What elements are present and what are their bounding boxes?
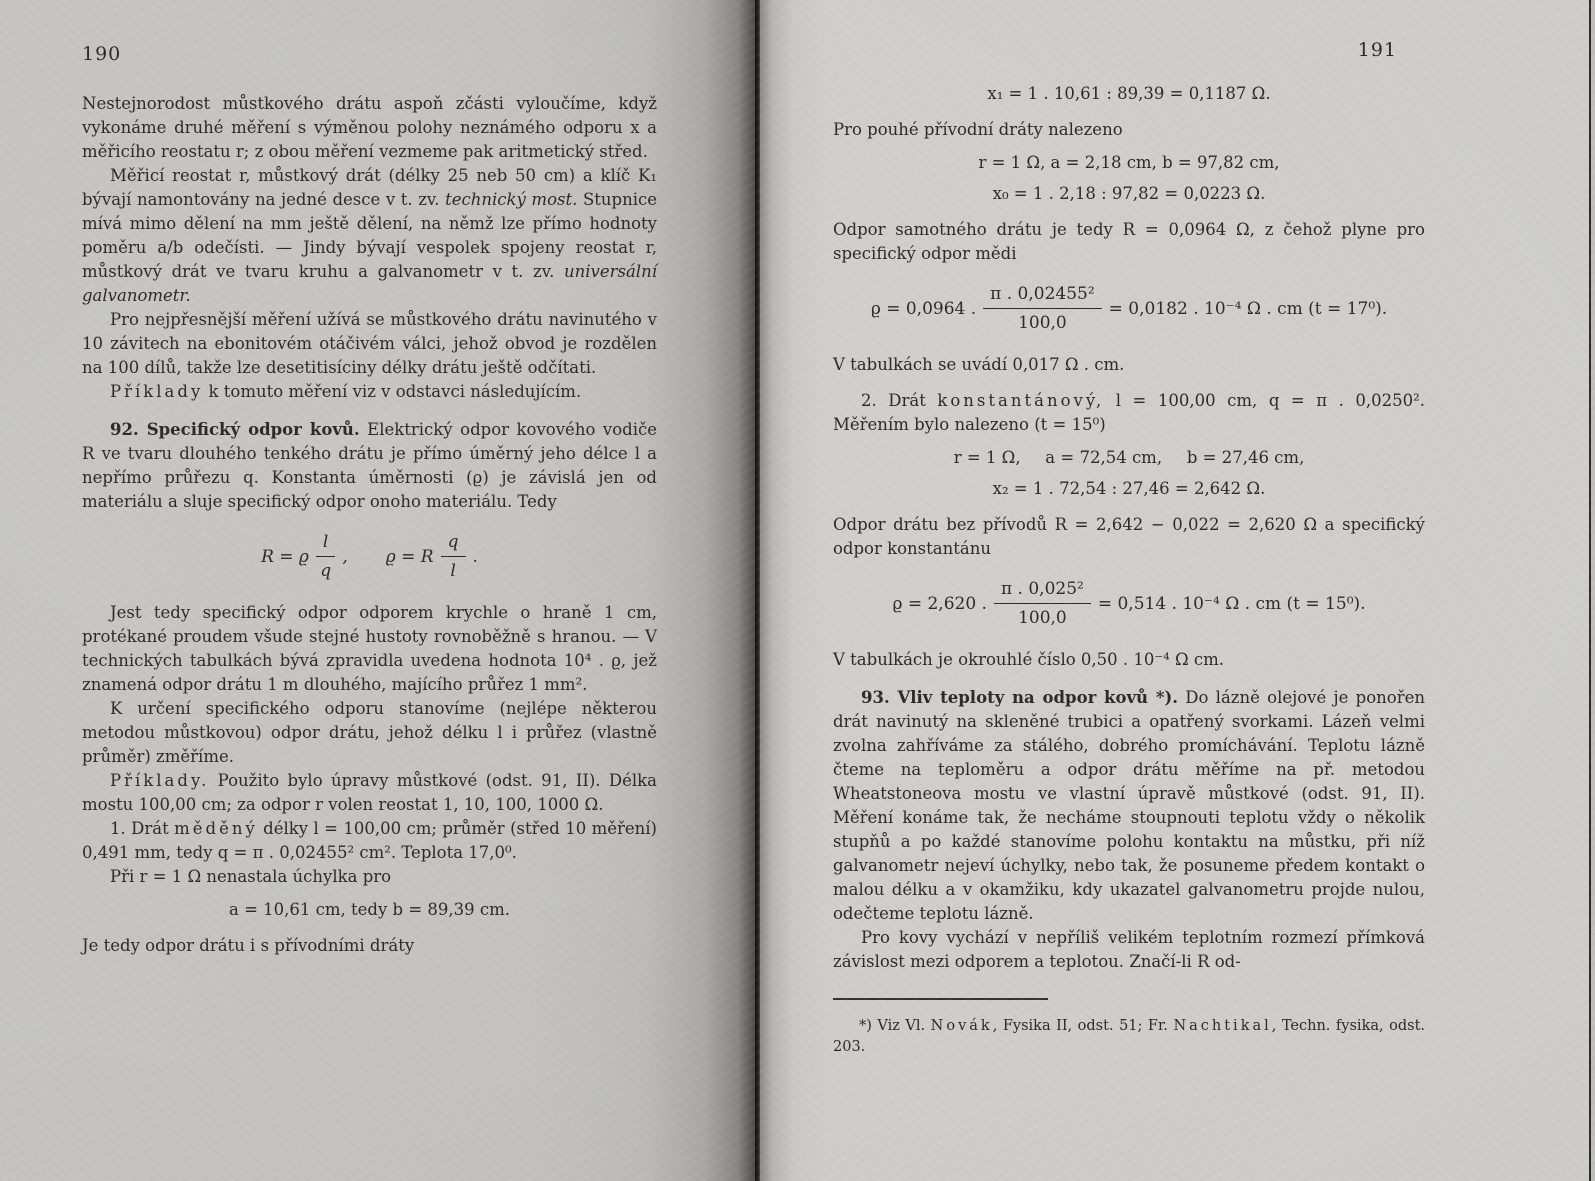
paragraph-k-urceni: K určení specifického odporu stanovíme (… [82,697,657,769]
numerator: q [441,530,466,557]
formula-part: = 0,0182 . 10⁻⁴ Ω . cm (t = 17⁰). [1109,297,1388,321]
spaced-word-konstantanovy: konstantánový, [937,391,1104,410]
fraction-q-over-l: ql [441,530,466,583]
paragraph-pri-r1: Při r = 1 Ω nenastala úchylka pro [82,865,657,889]
formula-part: ϱ = R [386,545,434,569]
page-number-right: 191 [833,38,1425,62]
denominator: l [441,557,466,583]
equation-group-konstantan: r = 1 Ω, a = 72,54 cm, b = 27,46 cm, x₂ … [833,446,1425,501]
spaced-word-priklady: Příklady [110,382,203,401]
spaced-name-novak: Novák [931,1018,993,1034]
formula-part: . [473,545,478,569]
paragraph-drat-medeny: 1. Drát měděný délky l = 100,00 cm; prům… [82,817,657,865]
paragraph-jest-tedy: Jest tedy specifický odpor odporem krych… [82,601,657,697]
italic-term-technicky-most: technický most. [445,190,577,209]
paragraph-v-tabulkach-cu: V tabulkách se uvádí 0,017 Ω . cm. [833,353,1425,377]
spaced-word-medeny: měděný [174,819,258,838]
paragraph-continuation: Nestejnorodost můstkového drátu aspoň zč… [82,92,657,164]
fraction-konstantan: π . 0,025²100,0 [994,577,1091,630]
footnote-text: *) Viz Vl. [859,1018,931,1034]
formula-part: , [342,545,347,569]
paragraph-presne-mereni: Pro nejpřesnější měření užívá se můstkov… [82,308,657,380]
section-93-heading: 93. Vliv teploty na odpor kovů *). [861,688,1178,707]
numerator: π . 0,025² [994,577,1091,604]
paragraph-odpor-samotneho: Odpor samotného drátu je tedy R = 0,0964… [833,218,1425,266]
left-page-content: 190 Nestejnorodost můstkového drátu aspo… [82,42,657,958]
paragraph-v-tabulkach-ko: V tabulkách je okrouhlé číslo 0,50 . 10⁻… [833,648,1425,672]
paragraph-text: Do lázně olejové je ponořen drát navinut… [833,688,1425,923]
footnote-rule [833,998,1048,1000]
right-page-content: 191 x₁ = 1 . 10,61 : 89,39 = 0,1187 Ω. P… [833,38,1425,1058]
paragraph-pro-kovy: Pro kovy vychází v nepříliš velikém tepl… [833,926,1425,974]
paragraph-odpor-bez-privodu: Odpor drátu bez přívodů R = 2,642 − 0,02… [833,513,1425,561]
section-93-paragraph: 93. Vliv teploty na odpor kovů *). Do lá… [833,686,1425,926]
spaced-word-priklady: Příklady. [110,771,209,790]
paragraph-pro-pouhe: Pro pouhé přívodní dráty nalezeno [833,118,1425,142]
equation-a-b-values: a = 10,61 cm, tedy b = 89,39 cm. [82,898,657,922]
formula-part: = 0,514 . 10⁻⁴ Ω . cm (t = 15⁰). [1098,592,1366,616]
equation-group-lead-wires: r = 1 Ω, a = 2,18 cm, b = 97,82 cm, x₀ =… [833,151,1425,206]
formula-part: R = ϱ [261,545,309,569]
spaced-name-nachtikal: Nachtikal [1173,1018,1271,1034]
paragraph-priklady-odkaz: Příklady k tomuto měření viz v odstavci … [82,380,657,404]
formula-specific-resistance: R = ϱ lq , ϱ = R ql . [82,530,657,583]
section-92-heading: 92. Specifický odpor kovů. [110,420,360,439]
equation-x2: x₂ = 1 . 72,54 : 27,46 = 2,642 Ω. [833,477,1425,501]
section-92-paragraph: 92. Specifický odpor kovů. Elektrický od… [82,418,657,514]
equation-r-a-b: r = 1 Ω, a = 2,18 cm, b = 97,82 cm, [833,151,1425,175]
formula-rho-copper: ϱ = 0,0964 . π . 0,02455²100,0 = 0,0182 … [833,282,1425,335]
formula-rho-konstantan: ϱ = 2,620 . π . 0,025²100,0 = 0,514 . 10… [833,577,1425,630]
equation-x1: x₁ = 1 . 10,61 : 89,39 = 0,1187 Ω. [833,82,1425,106]
numerator: l [316,530,335,557]
paragraph-text: 1. Drát [110,819,174,838]
fraction-l-over-q: lq [316,530,335,583]
equation-x0: x₀ = 1 . 2,18 : 97,82 = 0,0223 Ω. [833,182,1425,206]
paragraph-priklady-upravy: Příklady. Použito bylo úpravy můstkové (… [82,769,657,817]
equation-r-a-b-2: r = 1 Ω, a = 72,54 cm, b = 27,46 cm, [833,446,1425,470]
page-edge-strip [1591,0,1595,1181]
denominator: 100,0 [994,604,1091,630]
paragraph-text: 2. Drát [861,391,937,410]
footnote-text: , Fysika II, odst. 51; Fr. [993,1018,1174,1034]
formula-part: ϱ = 2,620 . [892,592,987,616]
page-number-left: 190 [82,42,657,66]
paragraph-drat-konstantanovy: 2. Drát konstantánový, l = 100,00 cm, q … [833,389,1425,437]
formula-part: ϱ = 0,0964 . [871,297,976,321]
paragraph-text: k tomuto měření viz v odstavci následují… [203,382,581,401]
paragraph-technicky-most: Měřicí reostat r, můstkový drát (délky 2… [82,164,657,308]
denominator: q [316,557,335,583]
footnote: *) Viz Vl. Novák, Fysika II, odst. 51; F… [833,1016,1425,1058]
fraction-copper: π . 0,02455²100,0 [983,282,1102,335]
numerator: π . 0,02455² [983,282,1102,309]
denominator: 100,0 [983,309,1102,335]
book-spread: 190 Nestejnorodost můstkového drátu aspo… [0,0,1595,1181]
paragraph-je-tedy: Je tedy odpor drátu i s přívodními dráty [82,934,657,958]
